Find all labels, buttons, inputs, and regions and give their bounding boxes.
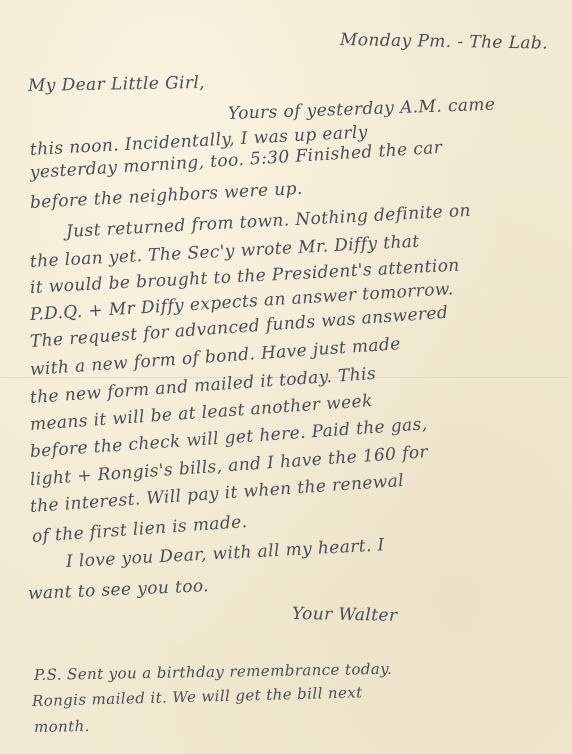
postscript-line: month.: [34, 717, 90, 736]
letter-salutation: My Dear Little Girl,: [28, 73, 205, 96]
letter-signature: Your Walter: [292, 604, 398, 626]
letter-dateline: Monday Pm. - The Lab.: [340, 30, 548, 54]
